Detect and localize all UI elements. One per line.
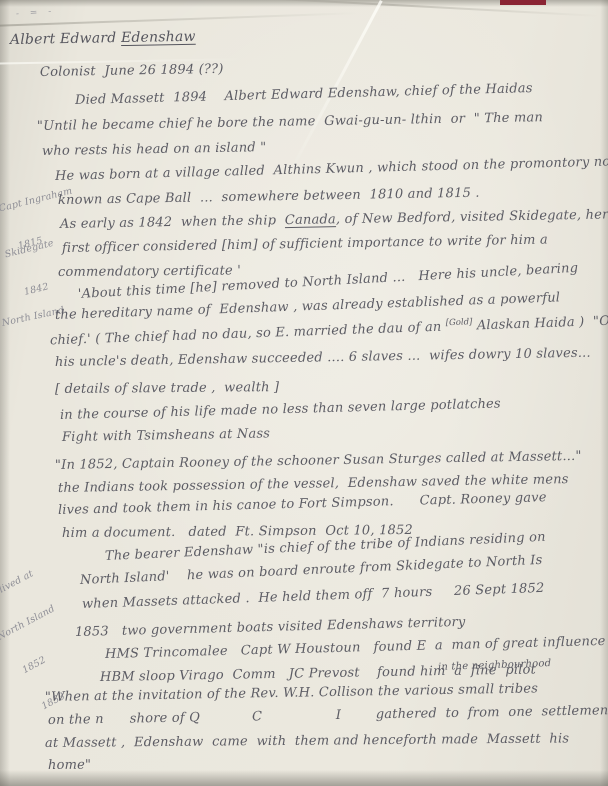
line-commendatory: commendatory certificate ' [58, 264, 241, 280]
margin-note-line: Still lived at [0, 566, 38, 608]
red-tape-mark [500, 0, 546, 5]
text-segment: As early as 1842 when the ship [60, 213, 285, 232]
line-made-massett-home: at Massett , Edenshaw came with them and… [45, 732, 569, 751]
text-segment: , of New Bedford, visited Skidegate, her [336, 207, 608, 227]
pencil-marks: - = - [16, 7, 56, 20]
line-government-boats: 1853 two government boats visited Edensh… [75, 616, 466, 641]
line-fight-tsimsheans: Fight with Tsimsheans at Nass [62, 427, 270, 445]
line-colonist-date: Colonist June 26 1894 (??) [40, 63, 224, 80]
line-home: home" [48, 759, 91, 774]
gold-superscript: [Gold] [446, 317, 473, 328]
line-shore-qci: on the n shore of Q C I gathered to from… [48, 704, 608, 728]
title-pre: Albert Edward [10, 30, 121, 48]
paper-crease [0, 11, 400, 28]
line-slave-trade-details: [ details of slave trade , wealth ] [55, 381, 279, 397]
ship-name-underlined: Canada [285, 212, 336, 228]
text-segment: chief.' ( The chief had no dau, so E. ma… [50, 320, 446, 349]
line-ship-canada: As early as 1842 when the ship Canada, o… [60, 208, 608, 232]
line-rev-collison: "When at the invitation of the Rev. W.H.… [45, 682, 538, 705]
title-surname-underlined: Edenshaw [121, 29, 196, 46]
margin-note-line: Skidegate [3, 236, 55, 261]
line-first-officer: first officer considered [him] of suffic… [62, 234, 548, 257]
scanned-handwritten-page: - = - Albert Edward Edenshaw Colonist Ju… [0, 0, 608, 786]
page-title: Albert Edward Edenshaw [10, 30, 196, 49]
line-massets-attacked: when Massets attacked . He held them off… [82, 582, 545, 612]
text-segment: Alaskan Haida ) "On [472, 313, 608, 333]
line-potlatches: in the course of his life made no less t… [60, 397, 501, 423]
line-name-quote-2: who rests his head on an island " [42, 141, 267, 159]
line-rooney-1852: "In 1852, Captain Rooney of the schooner… [55, 450, 582, 473]
margin-note-line: North Island [0, 602, 58, 644]
line-uncles-death: his uncle's death, Edenshaw succeeded ..… [55, 347, 591, 371]
line-born-village: He was born at a village called Althins … [55, 155, 608, 184]
line-canoe-fort-simpson: lives and took them in his canoe to Fort… [58, 491, 547, 518]
line-cape-ball: known as Cape Ball ... somewhere between… [58, 187, 480, 209]
line-died-massett: Died Massett 1894 Albert Edward Edenshaw… [75, 82, 533, 108]
line-name-quote-1: "Until he became chief he bore the name … [37, 111, 543, 134]
scan-edge-left [0, 0, 10, 786]
margin-note-line: 1852 [14, 639, 77, 681]
scan-edge-right [600, 0, 608, 786]
